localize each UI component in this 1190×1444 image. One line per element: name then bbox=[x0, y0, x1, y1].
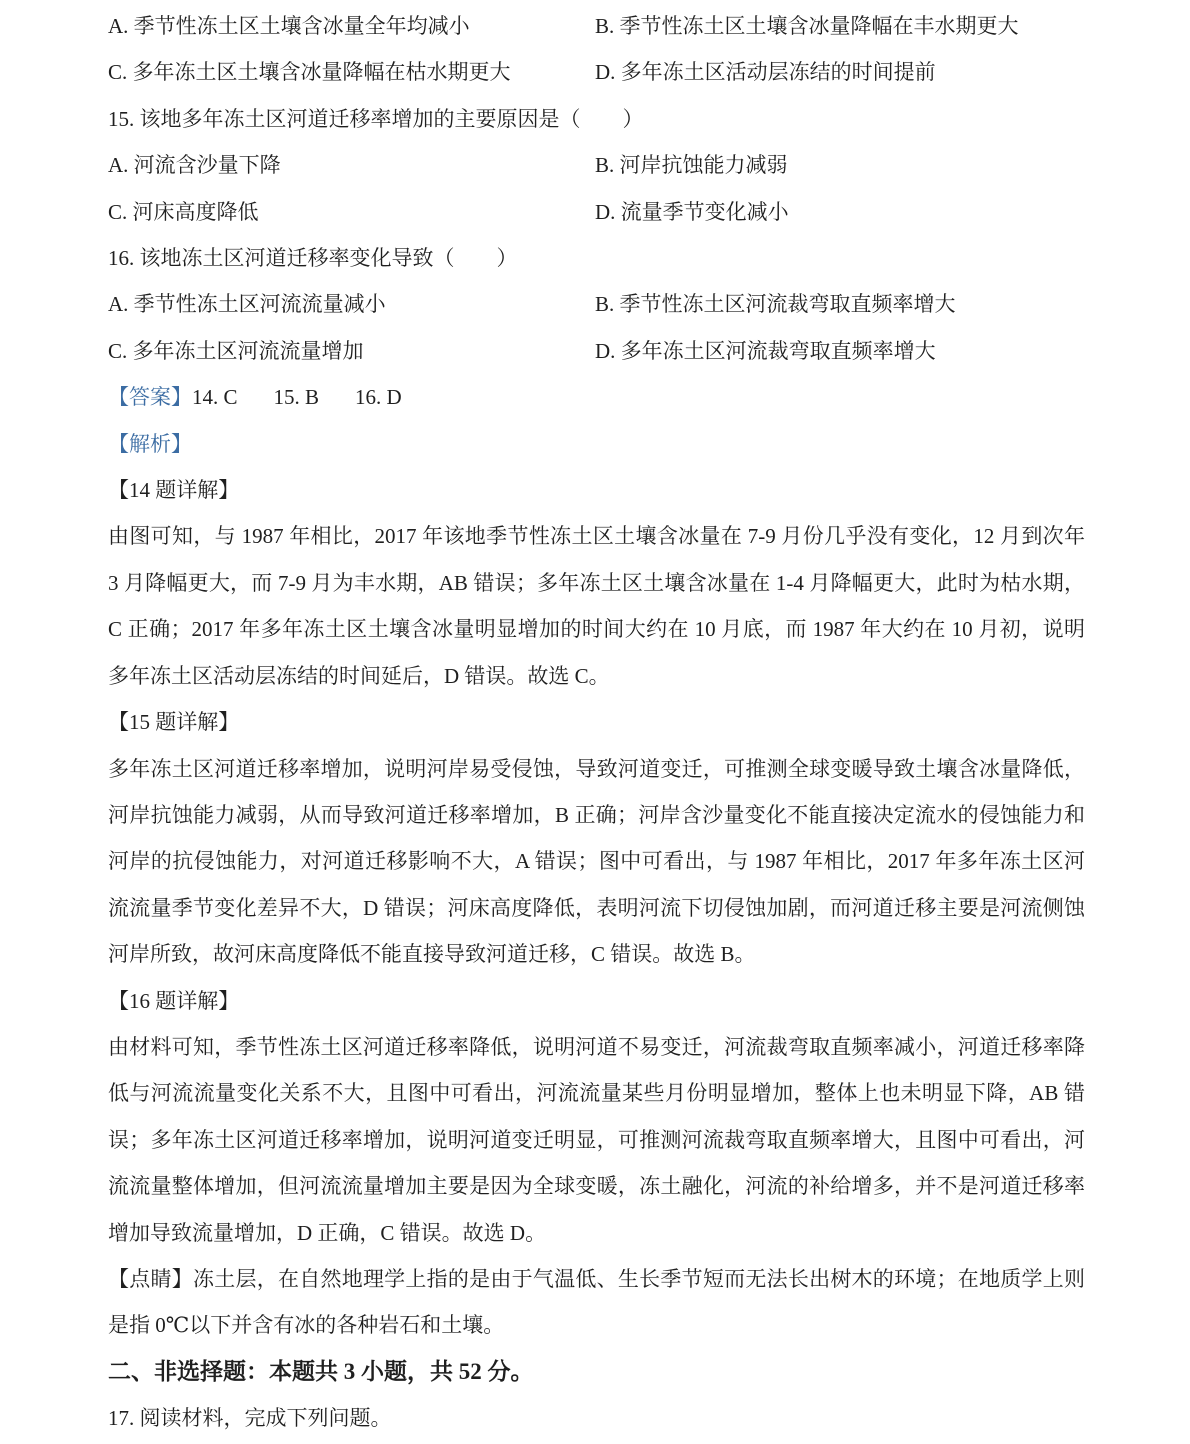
q16-option-a: A. 季节性冻土区河流流量减小 bbox=[108, 281, 595, 327]
explain16-title: 【16 题详解】 bbox=[108, 978, 1085, 1024]
q16-option-row-ab: A. 季节性冻土区河流流量减小 B. 季节性冻土区河流裁弯取直频率增大 bbox=[108, 281, 1085, 327]
q16-option-b: B. 季节性冻土区河流裁弯取直频率增大 bbox=[595, 281, 1085, 327]
explain14-title: 【14 题详解】 bbox=[108, 467, 1085, 513]
answer-item-16: 16. D bbox=[355, 385, 402, 409]
q14-option-a: A. 季节性冻土区土壤含冰量全年均减小 bbox=[108, 3, 595, 49]
explain16-body: 由材料可知，季节性冻土区河道迁移率降低，说明河道不易变迁，河流裁弯取直频率减小，… bbox=[108, 1024, 1085, 1256]
q16-option-row-cd: C. 多年冻土区河流流量增加 D. 多年冻土区河流裁弯取直频率增大 bbox=[108, 328, 1085, 374]
q14-option-d: D. 多年冻土区活动层冻结的时间提前 bbox=[595, 49, 1085, 95]
q14-option-row-ab: A. 季节性冻土区土壤含冰量全年均减小 B. 季节性冻土区土壤含冰量降幅在丰水期… bbox=[108, 3, 1085, 49]
q15-option-c: C. 河床高度降低 bbox=[108, 189, 595, 235]
q15-option-row-ab: A. 河流含沙量下降 B. 河岸抗蚀能力减弱 bbox=[108, 142, 1085, 188]
section2-header: 二、非选择题：本题共 3 小题，共 52 分。 bbox=[108, 1349, 1085, 1395]
answer-item-15: 15. B bbox=[274, 385, 320, 409]
q14-option-row-cd: C. 多年冻土区土壤含冰量降幅在枯水期更大 D. 多年冻土区活动层冻结的时间提前 bbox=[108, 49, 1085, 95]
q16-stem: 16. 该地冻土区河道迁移率变化导致（ ） bbox=[108, 235, 1085, 281]
q16-option-d: D. 多年冻土区河流裁弯取直频率增大 bbox=[595, 328, 1085, 374]
tip-paragraph: 【点睛】冻土层，在自然地理学上指的是由于气温低、生长季节短而无法长出树木的环境；… bbox=[108, 1256, 1085, 1349]
answer-item-14: 14. C bbox=[192, 385, 238, 409]
q15-stem: 15. 该地多年冻土区河道迁移率增加的主要原因是（ ） bbox=[108, 96, 1085, 142]
tip-body: 冻土层，在自然地理学上指的是由于气温低、生长季节短而无法长出树木的环境；在地质学… bbox=[108, 1267, 1085, 1337]
tip-label: 【点睛】 bbox=[108, 1267, 193, 1291]
explain15-body: 多年冻土区河道迁移率增加，说明河岸易受侵蚀，导致河道变迁，可推测全球变暖导致土壤… bbox=[108, 746, 1085, 978]
q15-option-a: A. 河流含沙量下降 bbox=[108, 142, 595, 188]
q14-option-b: B. 季节性冻土区土壤含冰量降幅在丰水期更大 bbox=[595, 3, 1085, 49]
q15-option-d: D. 流量季节变化减小 bbox=[595, 189, 1085, 235]
q14-option-c: C. 多年冻土区土壤含冰量降幅在枯水期更大 bbox=[108, 49, 595, 95]
exam-document-page: A. 季节性冻土区土壤含冰量全年均减小 B. 季节性冻土区土壤含冰量降幅在丰水期… bbox=[0, 0, 1190, 1444]
q16-option-c: C. 多年冻土区河流流量增加 bbox=[108, 328, 595, 374]
q15-option-row-cd: C. 河床高度降低 D. 流量季节变化减小 bbox=[108, 189, 1085, 235]
explain15-title: 【15 题详解】 bbox=[108, 699, 1085, 745]
analysis-label: 【解析】 bbox=[108, 421, 1085, 467]
q15-option-b: B. 河岸抗蚀能力减弱 bbox=[595, 142, 1085, 188]
q17-stem: 17. 阅读材料，完成下列问题。 bbox=[108, 1395, 1085, 1441]
answer-line: 【答案】14. C15. B16. D bbox=[108, 374, 1085, 420]
answer-label: 【答案】 bbox=[108, 385, 192, 409]
explain14-body: 由图可知，与 1987 年相比，2017 年该地季节性冻土区土壤含冰量在 7-9… bbox=[108, 513, 1085, 699]
